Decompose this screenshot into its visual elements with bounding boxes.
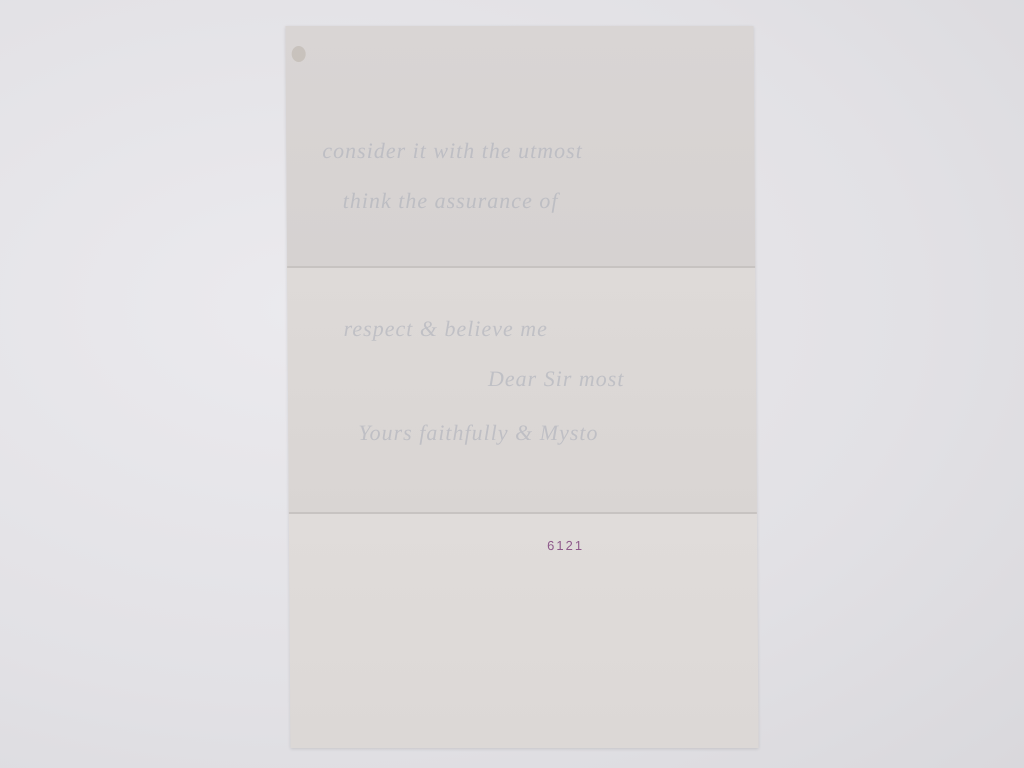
handwriting-line: consider it with the utmost bbox=[322, 138, 583, 164]
pencil-reference-mark: 6121 bbox=[547, 538, 584, 553]
letter-page: consider it with the utmost think the as… bbox=[285, 26, 758, 748]
fold-crease bbox=[287, 266, 755, 268]
handwriting-line: respect & believe me bbox=[344, 316, 548, 342]
handwriting-line: Dear Sir most bbox=[488, 366, 625, 392]
bottom-fold-panel bbox=[289, 512, 759, 748]
fold-crease bbox=[289, 512, 757, 514]
paper-stain bbox=[292, 46, 306, 62]
handwriting-line: Yours faithfully & Mysto bbox=[358, 420, 598, 446]
handwriting-line: think the assurance of bbox=[343, 188, 559, 214]
